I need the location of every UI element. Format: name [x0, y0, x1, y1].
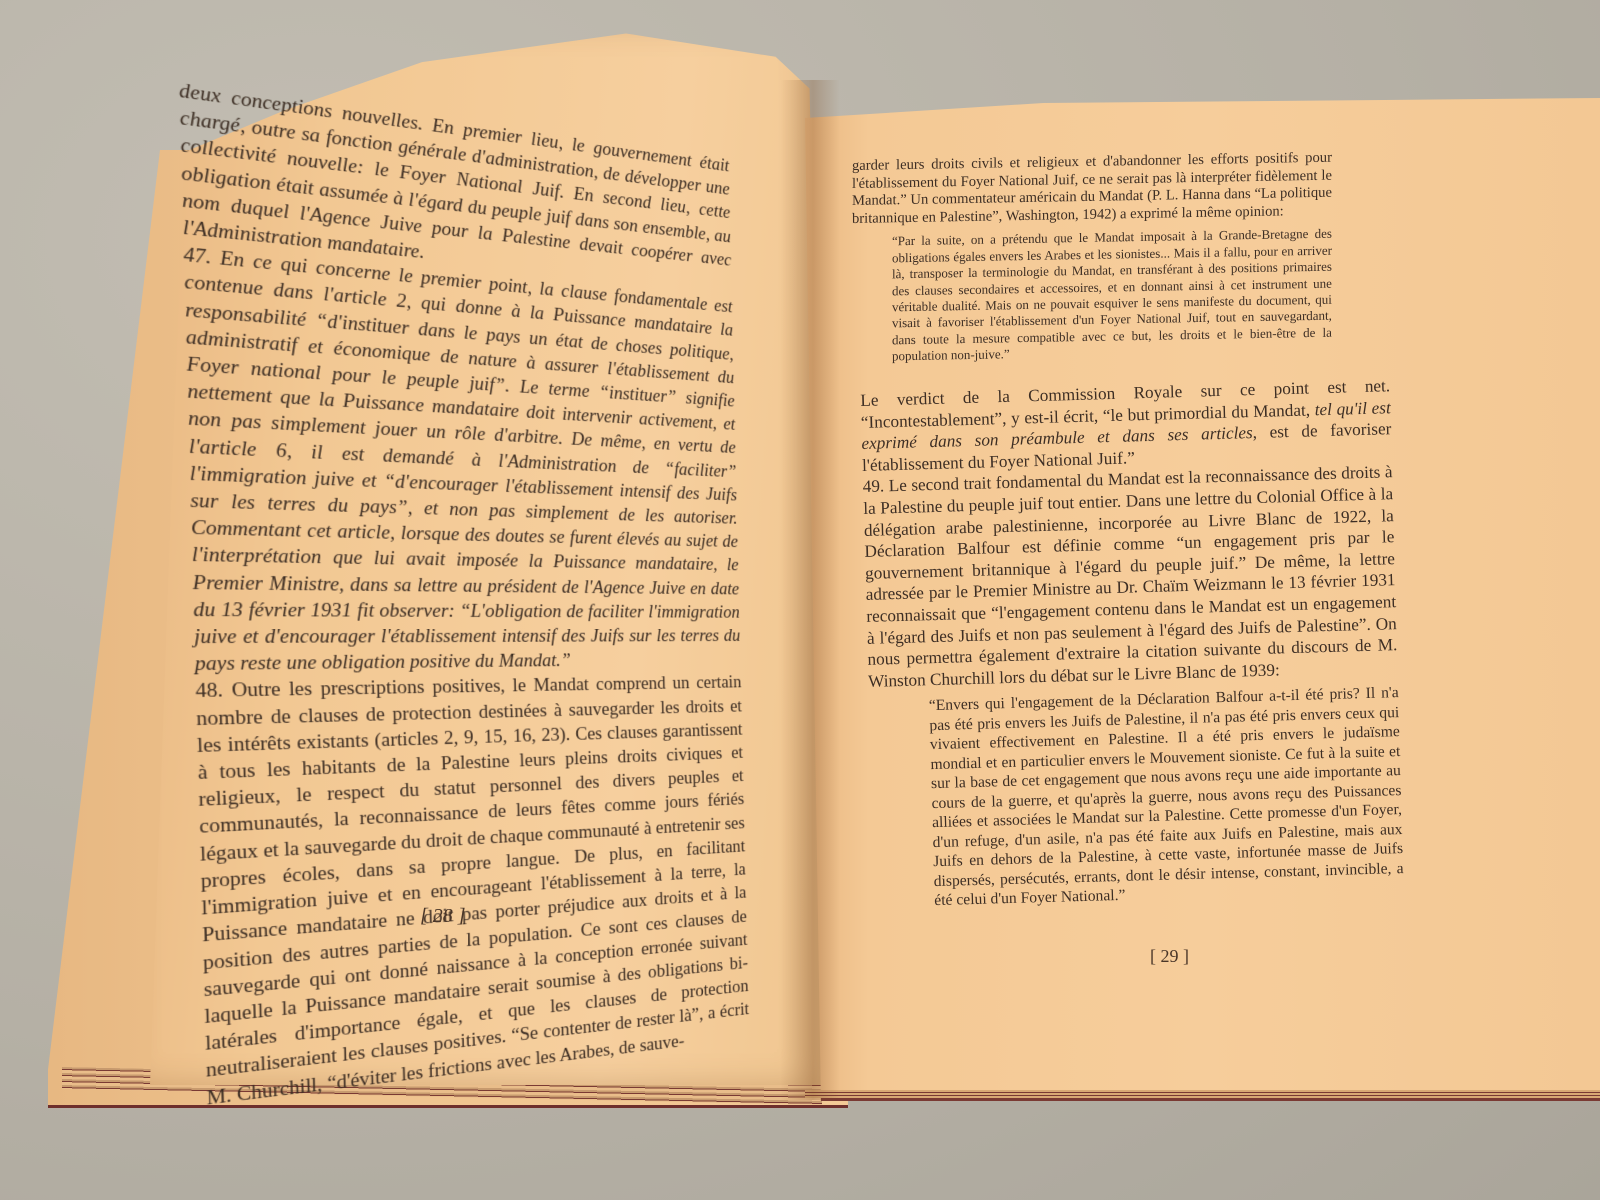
right-page-text-bottom: Le verdict de la Commission Royale sur c… — [860, 375, 1404, 912]
block-quote-hanna: “Par la suite, on a prétendu que le Mand… — [892, 226, 1332, 365]
book-gutter — [780, 80, 840, 1100]
paragraph-verdict: Le verdict de la Commission Royale sur c… — [860, 375, 1392, 476]
left-page-text: deux conceptions nouvelles. En premier l… — [179, 77, 747, 964]
paragraph-48: 48. Outre les prescriptions positives, l… — [195, 671, 750, 1112]
page-number-right: [ 29 ] — [1150, 946, 1189, 967]
right-page-text-top: garder leurs droits civils et religieux … — [852, 150, 1332, 374]
paragraph-continuation: garder leurs droits civils et religieux … — [852, 150, 1332, 229]
page-number-left: [ 28 ] — [420, 905, 466, 928]
open-book: deux conceptions nouvelles. En premier l… — [0, 0, 1600, 1200]
block-quote-churchill: “Envers qui l'engagement de la Déclarati… — [929, 683, 1405, 911]
page-edges-right — [805, 1090, 1600, 1098]
paragraph-47: 47. En ce qui concerne le premier point,… — [183, 242, 741, 678]
paragraph-49: 49. Le second trait fondamental du Manda… — [862, 462, 1398, 693]
